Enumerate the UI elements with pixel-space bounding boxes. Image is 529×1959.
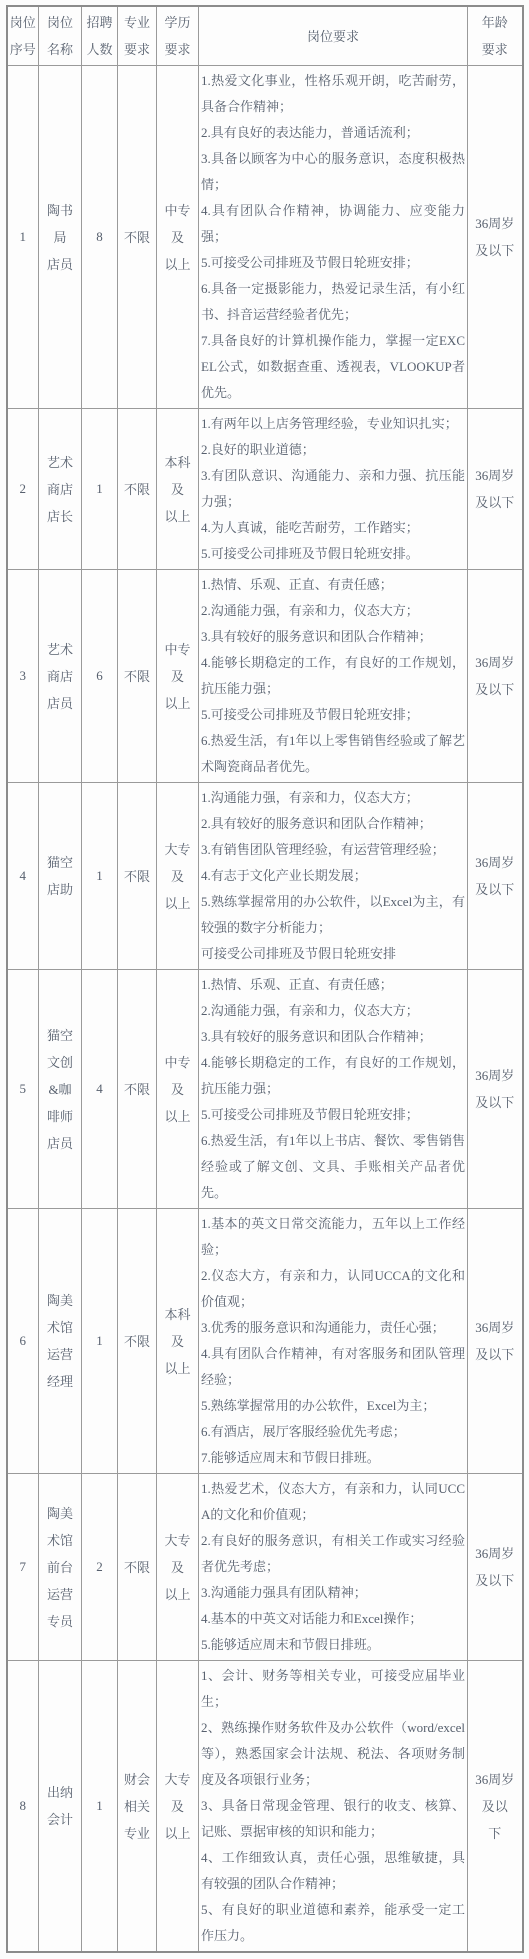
cell-age: 36周岁及以下 (468, 66, 523, 409)
header-cell: 岗位要求 (199, 6, 468, 66)
position-name-line: 店助 (41, 876, 79, 903)
education-line: 以上 (159, 690, 196, 717)
education-line: 以上 (159, 503, 196, 530)
cell-requirements: 1.热爱艺术，仪态大方，有亲和力，认同UCCA的文化和价值观；2.有良好的服务意… (199, 1474, 468, 1661)
position-name-line: 文创 (41, 1049, 79, 1076)
cell-major: 不限 (118, 970, 157, 1209)
position-name-line: 陶美 (41, 1287, 79, 1314)
requirement-item: 可接受公司排班及节假日轮班安排 (201, 941, 465, 967)
cell-education: 大专及以上 (157, 783, 199, 970)
age-line: 36周岁 (470, 1540, 520, 1567)
cell-age: 36周岁及以下 (468, 783, 523, 970)
position-name-line: 运营 (41, 1581, 79, 1608)
education-line: 大专及 (159, 1527, 196, 1581)
major-line: 不限 (120, 1328, 154, 1355)
cell-age: 36周岁及以下 (468, 1209, 523, 1474)
education-line: 以上 (159, 1103, 196, 1130)
age-line: 36周岁 (470, 849, 520, 876)
position-name-line: 店员 (41, 251, 79, 278)
requirement-item: 4.能够长期稳定的工作，有良好的工作规划，抗压能力强； (201, 1050, 465, 1102)
requirement-item: 1.热情、乐观、正直、有责任感； (201, 572, 465, 598)
table-row: 2艺术商店店长1不限本科及以上1.有两年以上店务管理经验，专业知识扎实；2.良好… (7, 409, 523, 570)
table-row: 3艺术商店店员6不限中专及以上1.热情、乐观、正直、有责任感；2.沟通能力强，有… (7, 570, 523, 783)
major-line: 相关 (120, 1793, 154, 1820)
header-line: 学历 (159, 9, 196, 36)
cell-major: 不限 (118, 1209, 157, 1474)
age-line: 36周岁 (470, 210, 520, 237)
cell-position-name: 艺术商店店长 (39, 409, 82, 570)
cell-requirements: 1.热爱文化事业，性格乐观开朗，吃苦耐劳，具备合作精神；2.具有良好的表达能力，… (199, 66, 468, 409)
cell-education: 中专及以上 (157, 970, 199, 1209)
cell-requirements: 1、会计、财务等相关专业，可接受应届毕业生；2、熟练操作财务软件及办公软件（wo… (199, 1661, 468, 1953)
requirement-item: 1.有两年以上店务管理经验，专业知识扎实； (201, 411, 465, 437)
position-name-line: 店员 (41, 690, 79, 717)
position-name-line: 局 (41, 224, 79, 251)
requirement-item: 6.具备一定摄影能力，热爱记录生活，有小红书、抖音运营经验者优先； (201, 276, 465, 328)
requirement-item: 3.有销售团队管理经验，有运营管理经验； (201, 837, 465, 863)
major-line: 不限 (120, 863, 154, 890)
position-name-line: 艺术 (41, 636, 79, 663)
header-cell: 招聘人数 (82, 6, 118, 66)
age-line: 下 (470, 1820, 520, 1847)
cell-position-name: 陶美术馆运营经理 (39, 1209, 82, 1474)
requirement-item: 1.沟通能力强，有亲和力，仪态大方； (201, 785, 465, 811)
job-table-header: 岗位序号岗位名称招聘人数专业要求学历要求岗位要求年龄要求 (7, 6, 523, 66)
requirement-item: 6.热爱生活，有1年以上书店、餐饮、零售销售经验或了解文创、文具、手账相关产品者… (201, 1128, 465, 1206)
requirement-item: 4.能够长期稳定的工作，有良好的工作规划，抗压能力强； (201, 650, 465, 702)
age-line: 及以下 (470, 1567, 520, 1594)
education-line: 中专及 (159, 636, 196, 690)
header-line: 人数 (84, 36, 115, 63)
age-line: 36周岁 (470, 1766, 520, 1793)
age-line: 及以下 (470, 237, 520, 264)
cell-age: 36周岁及以下 (468, 570, 523, 783)
age-line: 36周岁 (470, 1062, 520, 1089)
position-name-line: 店长 (41, 503, 79, 530)
position-name-line: 猫空 (41, 849, 79, 876)
education-line: 本科及 (159, 449, 196, 503)
cell-requirements: 1.热情、乐观、正直、有责任感；2.沟通能力强，有亲和力，仪态大方；3.具有较好… (199, 570, 468, 783)
cell-age: 36周岁及以下 (468, 970, 523, 1209)
cell-major: 不限 (118, 1474, 157, 1661)
cell-headcount: 1 (82, 409, 118, 570)
requirement-item: 5.可接受公司排班及节假日轮班安排； (201, 702, 465, 728)
cell-age: 36周岁及以下 (468, 1474, 523, 1661)
education-line: 以上 (159, 890, 196, 917)
cell-major: 财会相关专业 (118, 1661, 157, 1953)
cell-position-name: 猫空文创&咖啡师店员 (39, 970, 82, 1209)
header-line: 招聘 (84, 9, 115, 36)
job-table: 岗位序号岗位名称招聘人数专业要求学历要求岗位要求年龄要求 1陶书局店员8不限中专… (6, 5, 524, 1953)
education-line: 大专及 (159, 1766, 196, 1820)
cell-age: 36周岁及以下 (468, 409, 523, 570)
header-cell: 岗位序号 (7, 6, 39, 66)
table-row: 7陶美术馆前台运营专员2不限大专及以上1.热爱艺术，仪态大方，有亲和力，认同UC… (7, 1474, 523, 1661)
cell-major: 不限 (118, 66, 157, 409)
header-line: 序号 (10, 36, 37, 63)
age-line: 及以下 (470, 1089, 520, 1116)
job-table-body: 1陶书局店员8不限中专及以上1.热爱文化事业，性格乐观开朗，吃苦耐劳，具备合作精… (7, 66, 523, 1953)
cell-headcount: 1 (82, 1661, 118, 1953)
position-name-line: 啡师 (41, 1103, 79, 1130)
major-line: 不限 (120, 476, 154, 503)
position-name-line: 专员 (41, 1608, 79, 1635)
requirement-item: 2.沟通能力强，有亲和力，仪态大方； (201, 598, 465, 624)
requirement-item: 2、熟练操作财务软件及办公软件（word/excel等），熟悉国家会计法规、税法… (201, 1715, 465, 1793)
requirement-item: 3.具有较好的服务意识和团队合作精神； (201, 1024, 465, 1050)
header-line: 名称 (41, 36, 79, 63)
table-row: 1陶书局店员8不限中专及以上1.热爱文化事业，性格乐观开朗，吃苦耐劳，具备合作精… (7, 66, 523, 409)
requirement-item: 4、工作细致认真，责任心强，思维敏捷，具有较强的团队合作精神； (201, 1845, 465, 1897)
header-line: 要求 (120, 36, 154, 63)
requirement-item: 6.有酒店，展厅客服经验优先考虑； (201, 1419, 465, 1445)
requirement-item: 7.具备良好的计算机操作能力，掌握一定EXCEL公式，如数据查重、透视表，VLO… (201, 328, 465, 406)
position-name-line: 艺术 (41, 449, 79, 476)
cell-position-name: 陶美术馆前台运营专员 (39, 1474, 82, 1661)
header-line: 要求 (470, 36, 520, 63)
requirement-item: 4.具有团队合作精神，协调能力、应变能力强； (201, 198, 465, 250)
recruitment-sheet: 岗位序号岗位名称招聘人数专业要求学历要求岗位要求年龄要求 1陶书局店员8不限中专… (0, 0, 529, 1959)
cell-position-name: 艺术商店店员 (39, 570, 82, 783)
requirement-item: 1、会计、财务等相关专业，可接受应届毕业生； (201, 1663, 465, 1715)
cell-requirements: 1.基本的英文日常交流能力，五年以上工作经验；2.仪态大方，有亲和力，认同UCC… (199, 1209, 468, 1474)
education-line: 以上 (159, 251, 196, 278)
cell-position-name: 猫空店助 (39, 783, 82, 970)
education-line: 大专及 (159, 836, 196, 890)
cell-education: 本科及以上 (157, 409, 199, 570)
requirement-item: 7.能够适应周末和节假日排班。 (201, 1445, 465, 1471)
requirement-item: 4.具有团队合作精神，有对客服务和团队管理经验； (201, 1341, 465, 1393)
requirement-item: 2.具有较好的服务意识和团队合作精神； (201, 811, 465, 837)
cell-education: 大专及以上 (157, 1661, 199, 1953)
position-name-line: 运营 (41, 1341, 79, 1368)
age-line: 及以下 (470, 1341, 520, 1368)
requirement-item: 4.有志于文化产业长期发展； (201, 863, 465, 889)
cell-education: 本科及以上 (157, 1209, 199, 1474)
cell-position-no: 5 (7, 970, 39, 1209)
major-line: 专业 (120, 1820, 154, 1847)
requirement-item: 3.优秀的服务意识和沟通能力，责任心强； (201, 1315, 465, 1341)
header-row: 岗位序号岗位名称招聘人数专业要求学历要求岗位要求年龄要求 (7, 6, 523, 66)
table-row: 6陶美术馆运营经理1不限本科及以上1.基本的英文日常交流能力，五年以上工作经验；… (7, 1209, 523, 1474)
table-row: 4猫空店助1不限大专及以上1.沟通能力强，有亲和力，仪态大方；2.具有较好的服务… (7, 783, 523, 970)
cell-headcount: 6 (82, 570, 118, 783)
cell-position-no: 6 (7, 1209, 39, 1474)
age-line: 36周岁 (470, 1314, 520, 1341)
header-line: 年龄 (470, 9, 520, 36)
cell-headcount: 4 (82, 970, 118, 1209)
requirement-item: 2.具有良好的表达能力，普通话流利； (201, 120, 465, 146)
requirement-item: 6.热爱生活，有1年以上零售销售经验或了解艺术陶瓷商品者优先。 (201, 728, 465, 780)
cell-headcount: 1 (82, 1209, 118, 1474)
position-name-line: 店员 (41, 1130, 79, 1157)
header-cell: 年龄要求 (468, 6, 523, 66)
requirement-item: 2.良好的职业道德； (201, 437, 465, 463)
position-name-line: 前台 (41, 1554, 79, 1581)
requirement-item: 4.基本的中英文对话能力和Excel操作； (201, 1606, 465, 1632)
header-line: 岗位 (41, 9, 79, 36)
cell-education: 大专及以上 (157, 1474, 199, 1661)
requirement-item: 2.有良好的服务意识，有相关工作或实习经验者优先考虑； (201, 1528, 465, 1580)
requirement-item: 2.沟通能力强，有亲和力，仪态大方； (201, 998, 465, 1024)
major-line: 不限 (120, 1076, 154, 1103)
cell-position-name: 出纳会计 (39, 1661, 82, 1953)
cell-position-no: 4 (7, 783, 39, 970)
education-line: 中专及 (159, 1049, 196, 1103)
age-line: 36周岁 (470, 649, 520, 676)
table-row: 8出纳会计1财会相关专业大专及以上1、会计、财务等相关专业，可接受应届毕业生；2… (7, 1661, 523, 1953)
position-name-line: 术馆 (41, 1314, 79, 1341)
cell-headcount: 1 (82, 783, 118, 970)
position-name-line: 商店 (41, 663, 79, 690)
cell-requirements: 1.沟通能力强，有亲和力，仪态大方；2.具有较好的服务意识和团队合作精神；3.有… (199, 783, 468, 970)
requirement-item: 3.有团队意识、沟通能力、亲和力强、抗压能力强； (201, 463, 465, 515)
header-line: 专业 (120, 9, 154, 36)
cell-requirements: 1.有两年以上店务管理经验，专业知识扎实；2.良好的职业道德；3.有团队意识、沟… (199, 409, 468, 570)
cell-position-no: 2 (7, 409, 39, 570)
requirement-item: 5.可接受公司排班及节假日轮班安排。 (201, 541, 465, 567)
header-cell: 专业要求 (118, 6, 157, 66)
cell-position-no: 7 (7, 1474, 39, 1661)
age-line: 36周岁 (470, 462, 520, 489)
requirement-item: 1.基本的英文日常交流能力，五年以上工作经验； (201, 1211, 465, 1263)
position-name-line: 经理 (41, 1368, 79, 1395)
requirement-item: 1.热爱艺术，仪态大方，有亲和力，认同UCCA的文化和价值观； (201, 1476, 465, 1528)
age-line: 及以下 (470, 676, 520, 703)
requirement-item: 3、具备日常现金管理、银行的收支、核算、记账、票据审核的知识和能力； (201, 1793, 465, 1845)
major-line: 不限 (120, 663, 154, 690)
cell-major: 不限 (118, 409, 157, 570)
cell-education: 中专及以上 (157, 66, 199, 409)
requirement-item: 3.具有较好的服务意识和团队合作精神； (201, 624, 465, 650)
position-name-line: 出纳 (41, 1779, 79, 1806)
cell-headcount: 8 (82, 66, 118, 409)
position-name-line: &咖 (41, 1076, 79, 1103)
cell-major: 不限 (118, 570, 157, 783)
cell-position-no: 8 (7, 1661, 39, 1953)
header-line: 岗位 (10, 9, 37, 36)
position-name-line: 陶书 (41, 197, 79, 224)
header-line: 要求 (159, 36, 196, 63)
cell-position-no: 1 (7, 66, 39, 409)
requirement-item: 4.为人真诚，能吃苦耐劳，工作踏实； (201, 515, 465, 541)
age-line: 及以下 (470, 876, 520, 903)
major-line: 不限 (120, 1554, 154, 1581)
age-line: 及以 (470, 1793, 520, 1820)
cell-position-no: 3 (7, 570, 39, 783)
header-cell: 岗位名称 (39, 6, 82, 66)
cell-headcount: 2 (82, 1474, 118, 1661)
age-line: 及以下 (470, 489, 520, 516)
requirement-item: 5.熟练掌握常用的办公软件，以Excel为主，有较强的数字分析能力； (201, 889, 465, 941)
cell-major: 不限 (118, 783, 157, 970)
header-line: 岗位要求 (201, 23, 465, 50)
education-line: 中专及 (159, 197, 196, 251)
cell-education: 中专及以上 (157, 570, 199, 783)
education-line: 以上 (159, 1581, 196, 1608)
requirement-item: 2.仪态大方，有亲和力，认同UCCA的文化和价值观； (201, 1263, 465, 1315)
requirement-item: 3.具备以顾客为中心的服务意识，态度积极热情； (201, 146, 465, 198)
requirement-item: 3.沟通能力强具有团队精神； (201, 1580, 465, 1606)
requirement-item: 1.热情、乐观、正直、有责任感； (201, 972, 465, 998)
position-name-line: 陶美 (41, 1500, 79, 1527)
cell-age: 36周岁及以下 (468, 1661, 523, 1953)
position-name-line: 猫空 (41, 1022, 79, 1049)
header-cell: 学历要求 (157, 6, 199, 66)
requirement-item: 5.熟练掌握常用的办公软件，Excel为主； (201, 1393, 465, 1419)
requirement-item: 5.能够适应周末和节假日排班。 (201, 1632, 465, 1658)
cell-requirements: 1.热情、乐观、正直、有责任感；2.沟通能力强，有亲和力，仪态大方；3.具有较好… (199, 970, 468, 1209)
requirement-item: 5.可接受公司排班及节假日轮班安排； (201, 250, 465, 276)
cell-position-name: 陶书局店员 (39, 66, 82, 409)
position-name-line: 商店 (41, 476, 79, 503)
requirement-item: 5.可接受公司排班及节假日轮班安排； (201, 1102, 465, 1128)
position-name-line: 术馆 (41, 1527, 79, 1554)
requirement-item: 1.热爱文化事业，性格乐观开朗，吃苦耐劳，具备合作精神； (201, 68, 465, 120)
education-line: 以上 (159, 1820, 196, 1847)
major-line: 财会 (120, 1766, 154, 1793)
education-line: 以上 (159, 1355, 196, 1382)
table-row: 5猫空文创&咖啡师店员4不限中专及以上1.热情、乐观、正直、有责任感；2.沟通能… (7, 970, 523, 1209)
major-line: 不限 (120, 224, 154, 251)
requirement-item: 5、有良好的职业道德和素养，能承受一定工作压力。 (201, 1897, 465, 1949)
education-line: 本科及 (159, 1301, 196, 1355)
position-name-line: 会计 (41, 1806, 79, 1833)
